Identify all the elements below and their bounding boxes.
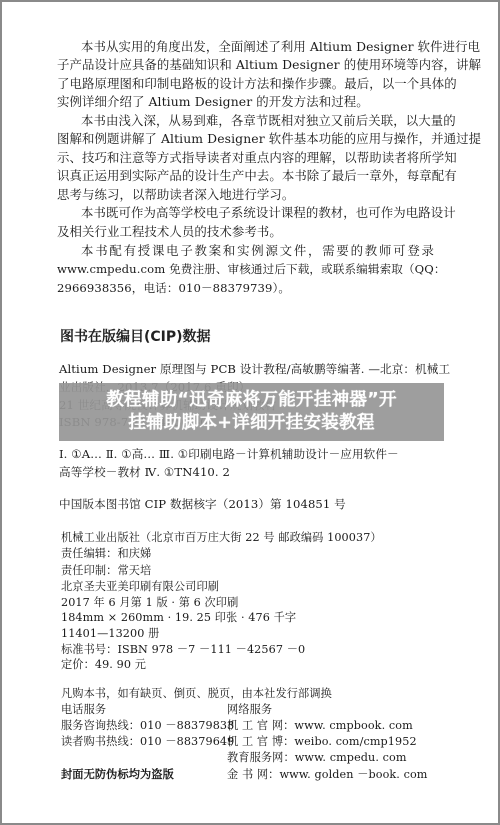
web-line: 教育服务网：www. cmpedu. com [227, 750, 407, 766]
intro-line: 了电路原理图和印制电路板的设计方法和操作步骤。最后，以一个具体的 [57, 76, 434, 92]
intro-line: 实例详细介绍了 Altium Designer 的开发方法和过程。 [57, 94, 369, 110]
cip-heading: 图书在版编目(CIP)数据 [60, 327, 211, 347]
book-copyright-page: 本书从实用的角度出发，全面阐述了利用 Altium Designer 软件进行电… [0, 0, 500, 825]
overlay-title-line-1: 教程辅助“迅奇麻将万能开挂神器”开 [106, 389, 397, 412]
watermark-overlay-banner: 教程辅助“迅奇麻将万能开挂神器”开 挂辅助脚本+详细开挂安装教程 [59, 383, 444, 441]
print-supervisor: 责任印制：常天培 [61, 563, 151, 579]
isbn: 标准书号：ISBN 978 －7 －111 －42567 －0 [61, 642, 305, 658]
cip-line: 高等学校－教材 Ⅳ. ①TN410. 2 [59, 464, 230, 480]
replacement-notice: 凡购本书，如有缺页、倒页、脱页，由本社发行部调换 [61, 686, 332, 702]
intro-line: 本书从实用的角度出发，全面阐述了利用 Altium Designer 软件进行电 [81, 39, 434, 55]
intro-line: 子产品设计应具备的基础知识和 Altium Designer 的使用环境等内容，… [57, 57, 434, 73]
phone-service-header: 电话服务 [61, 702, 106, 718]
intro-line: 本书既可作为高等学校电子系统设计课程的教材，也可作为电路设计 [81, 205, 434, 221]
web-line: 机 工 官 博：weibo. com/cmp1952 [227, 734, 417, 750]
cip-line: Altium Designer 原理图与 PCB 设计教程/高敏鹏等编著. —北… [59, 361, 450, 377]
price: 定价：49. 90 元 [61, 657, 146, 673]
format-size: 184mm × 260mm · 19. 25 印张 · 476 千字 [61, 610, 296, 626]
intro-line: 本书配有授课电子教案和实例源文件，需要的教师可登录 [81, 243, 434, 259]
publisher-address: 机械工业出版社（北京市百万庄大街 22 号 邮政编码 100037） [61, 530, 382, 546]
intro-line: 图解和例题讲解了 Altium Designer 软件基本功能的应用与操作，并通… [57, 131, 434, 147]
web-line: 金 书 网：www. golden －book. com [227, 767, 428, 783]
intro-line: 2966938356，电话：010－88379739）。 [57, 280, 290, 296]
anti-piracy-notice: 封面无防伪标均为盗版 [61, 767, 174, 783]
intro-line: 思考与练习，以帮助读者深入地进行学习。 [57, 187, 294, 203]
cip-number: 中国版本图书馆 CIP 数据核字（2013）第 104851 号 [59, 496, 346, 512]
intro-line: 本书由浅入深，从易到难，各章节既相对独立又前后关联，以大量的 [81, 113, 434, 129]
phone-line: 服务咨询热线：010 －88379833 [61, 718, 234, 734]
edition: 2017 年 6 月第 1 版 · 第 6 次印刷 [61, 595, 238, 611]
web-line: 机 工 官 网：www. cmpbook. com [227, 718, 413, 734]
phone-line: 读者购书热线：010 －88379649 [61, 734, 234, 750]
intro-line: 示、技巧和注意等方式指导读者对重点内容的理解，以帮助读者将所学知 [57, 150, 434, 166]
print-run: 11401—13200 册 [61, 626, 159, 642]
intro-line: 及相关行业工程技术人员的技术参考书。 [57, 224, 282, 240]
printer: 北京圣夫亚美印刷有限公司印刷 [61, 579, 219, 595]
editor: 责任编辑：和庆娣 [61, 546, 151, 562]
cip-line: Ⅰ. ①A… Ⅱ. ①高… Ⅲ. ①印刷电路－计算机辅助设计－应用软件－ [59, 446, 399, 462]
intro-line: 识真正运用到实际产品的设计生产中去。本书除了最后一章外，每章配有 [57, 168, 434, 184]
intro-line: www.cmpedu.com 免费注册、审核通过后下载，或联系编辑索取（QQ： [57, 261, 434, 277]
overlay-title-line-2: 挂辅助脚本+详细开挂安装教程 [128, 412, 374, 435]
web-service-header: 网络服务 [227, 702, 272, 718]
